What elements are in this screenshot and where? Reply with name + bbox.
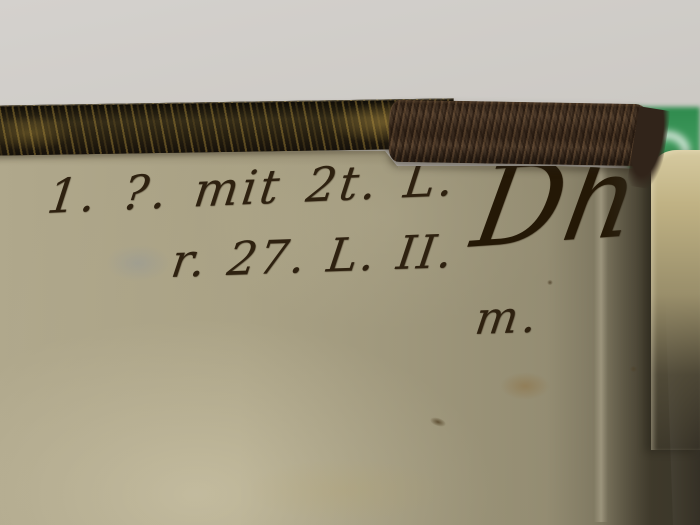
book-photograph: 1. ?. mit 2t. L. Dh r. 27. L. II. m. (0, 0, 700, 525)
handwritten-line-2: r. 27. L. II. (168, 224, 458, 288)
adjacent-book-edge (651, 150, 700, 450)
spine-headband (388, 100, 651, 167)
handwritten-line-3: m. (472, 289, 544, 345)
brown-stain (500, 372, 550, 400)
dark-fleck (429, 416, 447, 429)
grey-smudge-stain (106, 244, 170, 282)
flyleaf-page: 1. ?. mit 2t. L. Dh r. 27. L. II. m. (0, 140, 700, 525)
ink-speck (547, 280, 553, 285)
marbled-top-edge (0, 98, 454, 155)
faint-discoloration (250, 460, 440, 520)
